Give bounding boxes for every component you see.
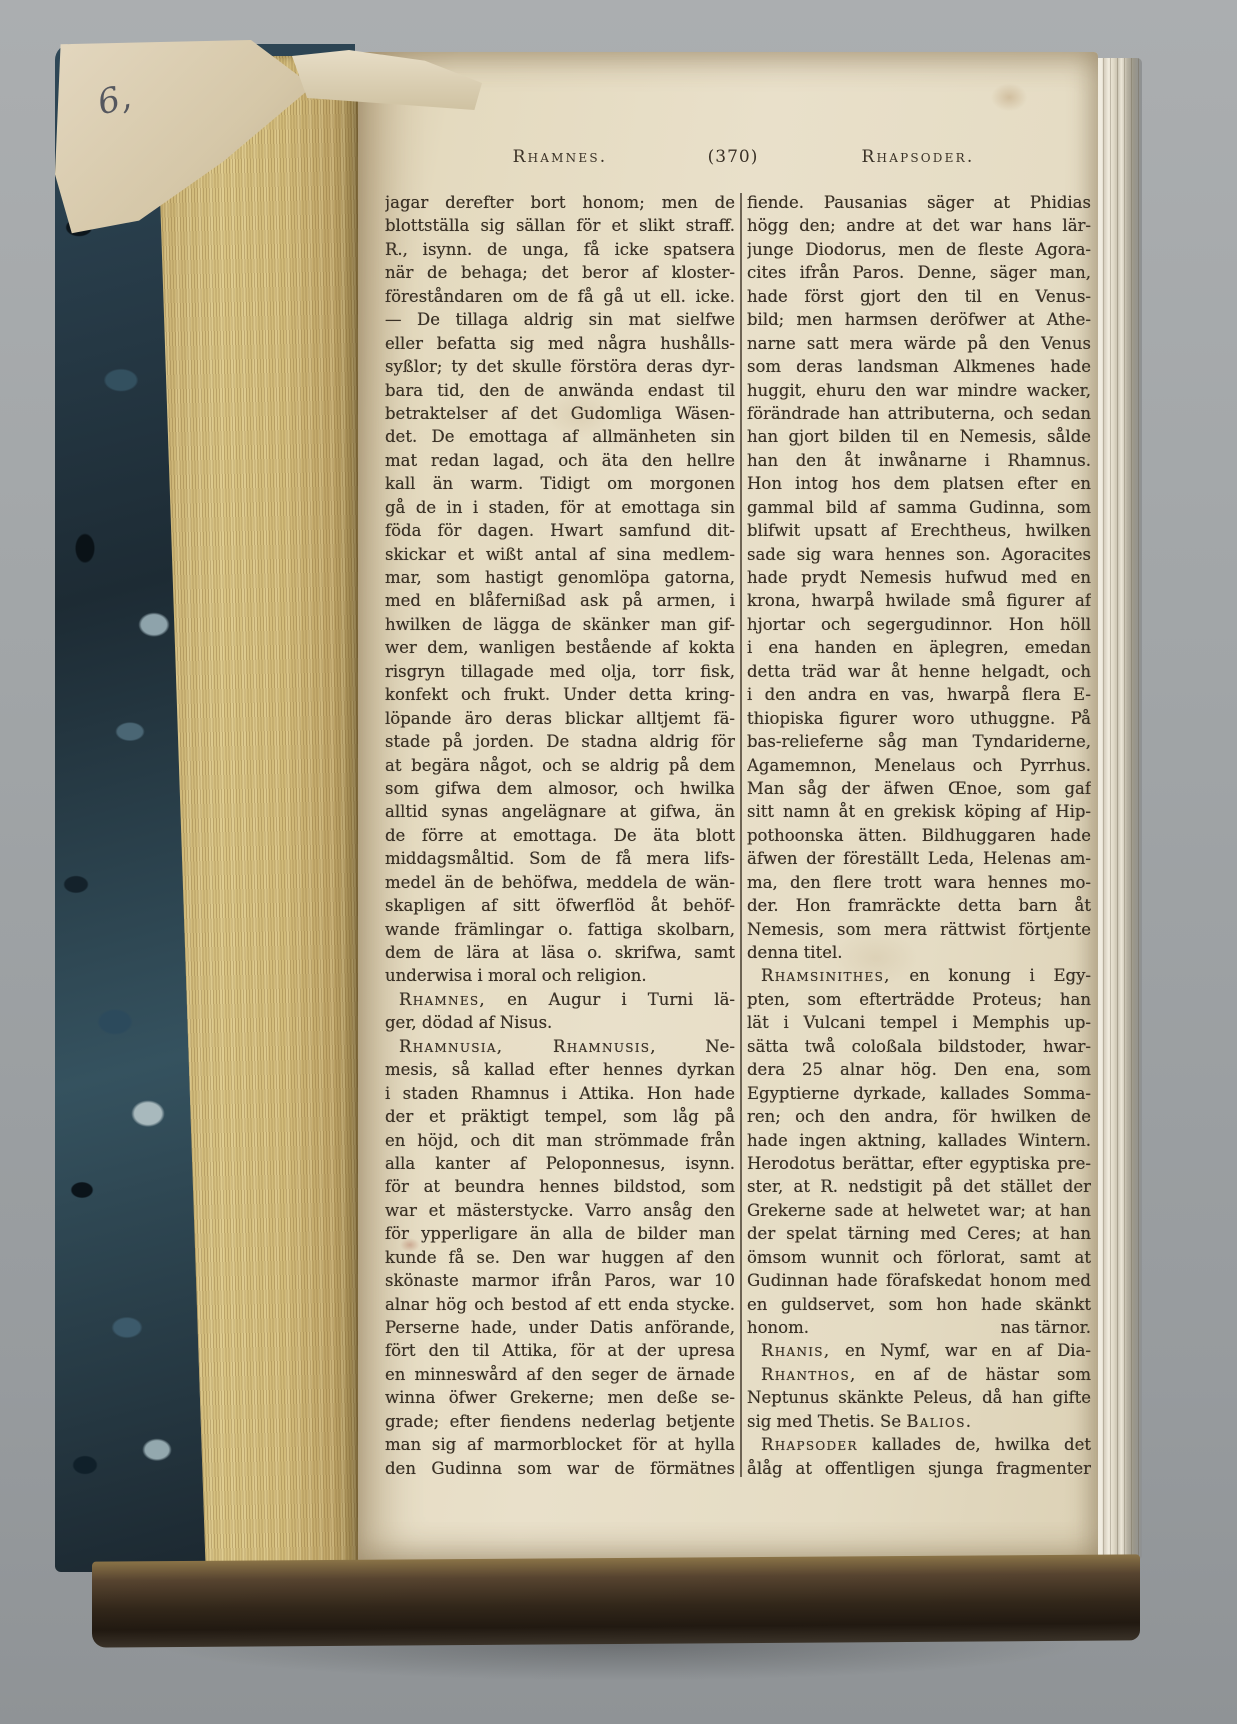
text-line: Agamemnon, Menelaus och Pyrrhus. [747, 754, 1091, 777]
text-line: i den andra en vas, hwarpå flera E- [747, 683, 1091, 706]
text-line: Rhamsinithes, en konung i Egy- [747, 964, 1091, 987]
text-line: det. De emottaga af allmänheten sin [385, 425, 735, 448]
text-line: sätta twå coloßala bildstoder, hwar- [747, 1035, 1091, 1058]
text-line: bara tid, den de anwända endast til [385, 379, 735, 402]
text-line: sade sig wara hennes son. Agoracites [747, 543, 1091, 566]
text-line: han den åt inwånarne i Rhamnus. [747, 449, 1091, 472]
text-line: hade prydt Nemesis hufwud med en [747, 566, 1091, 589]
text-line: ömsom wunnit och förlorat, samt at [747, 1246, 1091, 1269]
text-line: Perserne hade, under Datis anförande, [385, 1316, 735, 1339]
text-line: när de behaga; det beror af kloster- [385, 261, 735, 284]
text-line: bas-relieferne såg man Tyndariderne, [747, 730, 1091, 753]
text-line: der. Hon framräckte detta barn åt [747, 894, 1091, 917]
text-line: underwisa i moral och religion. [385, 964, 735, 987]
text-line: för ypperligare än alla de bilder man [385, 1222, 735, 1245]
text-line: Rhapsoder kallades de, hwilka det [747, 1433, 1091, 1456]
left-text-column: jagar derefter bort honom; men deblottst… [385, 191, 735, 1480]
text-line: ster, at R. nedstigit på det stället der [747, 1175, 1091, 1198]
text-line: middagsmåltid. Som de få mera lifs- [385, 847, 735, 870]
text-line: en höjd, och dit man strömmade från [385, 1129, 735, 1152]
entry-headword: Rhanis, [761, 1341, 830, 1360]
text-line: kunde få se. Den war huggen af den [385, 1246, 735, 1269]
book-page: Rhamnes. (370) Rhapsoder. jagar derefter… [358, 52, 1098, 1562]
text-line: ger, dödad af Nisus. [385, 1011, 735, 1034]
text-line: war et mästerstycke. Varro ansåg den [385, 1199, 735, 1222]
text-line: syßlor; ty det skulle förstöra deras dyr… [385, 355, 735, 378]
entry-headword: Rhanthos, [761, 1365, 857, 1384]
text-line: betraktelser af det Gudomliga Wäsen- [385, 402, 735, 425]
text-line: sig med Thetis. Se Balios. [747, 1410, 1091, 1433]
text-line: Gudinnan hade förafskedat honom med [747, 1269, 1091, 1292]
text-line: wande främlingar o. fattiga skolbarn, [385, 918, 735, 941]
text-line: ma, den flere trott wara hennes mo- [747, 871, 1091, 894]
text-line: skapligen af sitt öfwerflöd åt behöf- [385, 894, 735, 917]
column-divider-rule [740, 193, 742, 1477]
text-line: mar, som hastigt genomlöpa gatorna, [385, 566, 735, 589]
text-line: lät i Vulcani tempel i Memphis up- [747, 1011, 1091, 1034]
text-line: thiopiska figurer woro uthuggne. På [747, 707, 1091, 730]
text-line: Nemesis, som mera rättwist förtjente [747, 918, 1091, 941]
text-line: alltid synas angelägnare at gifwa, än [385, 800, 735, 823]
text-line: pothoonska ätten. Bildhuggaren hade [747, 824, 1091, 847]
text-line: dera 25 alnar hög. Den ena, som [747, 1058, 1091, 1081]
text-line: ålåg at offentligen sjunga fragmenter [747, 1457, 1091, 1480]
text-line: konfekt och frukt. Under detta kring- [385, 683, 735, 706]
text-line: — De tillaga aldrig sin mat sielfwe [385, 308, 735, 331]
text-line: bild; men harmsen deröfwer at Athe- [747, 308, 1091, 331]
text-line: Hon intog hos dem platsen efter en [747, 472, 1091, 495]
text-line: Rhanis, en Nymf, war en af Dia- [747, 1339, 1091, 1362]
text-line: i ena handen en äplegren, emedan [747, 636, 1091, 659]
text-line: gammal bild af samma Gudinna, som [747, 496, 1091, 519]
text-line: i staden Rhamnus i Attika. Hon hade [385, 1082, 735, 1105]
text-line: krona, hwarpå hwilade små figurer af [747, 589, 1091, 612]
text-line: högg den; andre at det war hans lär- [747, 214, 1091, 237]
text-line: gå de in i staden, för at emottaga sin [385, 496, 735, 519]
entry-headword: Rhamnes, [399, 990, 486, 1009]
running-header-left-title: Rhamnes. [385, 147, 735, 167]
text-line: risgryn tillagade med olja, torr fisk, [385, 660, 735, 683]
text-line: eller befatta sig med några hushålls- [385, 332, 735, 355]
right-page-edges [1096, 58, 1142, 1560]
text-line: man sig af marmorblocket för at hylla [385, 1433, 735, 1456]
text-line: mat redan lagad, och äta den hellre [385, 449, 735, 472]
text-line: narne satt mera wärde på den Venus [747, 332, 1091, 355]
text-line: Rhamnusia, Rhamnusis, Ne- [385, 1035, 735, 1058]
text-line: Rhamnes, en Augur i Turni lä- [385, 988, 735, 1011]
running-header-right-title: Rhapsoder. [745, 147, 1091, 167]
text-segment: sig med Thetis. Se [747, 1412, 906, 1431]
printed-text-area: Rhamnes. (370) Rhapsoder. jagar derefter… [385, 147, 1091, 1480]
text-line: Neptunus skänkte Peleus, då han gifte [747, 1386, 1091, 1409]
text-line: at begära något, och se aldrig på dem [385, 754, 735, 777]
text-line: stade på jorden. De stadna aldrig för [385, 730, 735, 753]
text-line: medel än de behöfwa, meddela de wän- [385, 871, 735, 894]
text-line: Egyptierne dyrkade, kallades Somma- [747, 1082, 1091, 1105]
text-line: den Gudinna som war de förmätnes [385, 1457, 735, 1480]
text-line: hade först gjort den til en Venus- [747, 285, 1091, 308]
text-line: dem de lära at läsa o. skrifwa, samt [385, 941, 735, 964]
two-column-text: jagar derefter bort honom; men deblottst… [385, 191, 1091, 1480]
text-line: sitt namn åt en grekisk köping af Hip- [747, 800, 1091, 823]
text-line: alnar hög och bestod af ett enda stycke. [385, 1293, 735, 1316]
text-line: pten, som efterträdde Proteus; han [747, 988, 1091, 1011]
text-line: kall än warm. Tidigt om morgonen [385, 472, 735, 495]
text-line: äfwen der föreställt Leda, Helenas am- [747, 847, 1091, 870]
right-text-column: fiende. Pausanias säger at Phidiashögg d… [747, 191, 1091, 1480]
text-line: hjortar och segergudinnor. Hon höll [747, 613, 1091, 636]
text-line: skönaste marmor ifrån Paros, war 10 [385, 1269, 735, 1292]
turnover-text: nas tärnor. [1001, 1316, 1091, 1339]
text-line: R., isynn. de unga, få icke spatsera [385, 238, 735, 261]
text-line: en guldservet, som hon hade skänkt [747, 1293, 1091, 1316]
text-segment: Ne- [657, 1037, 735, 1056]
text-line: Herodotus berättar, efter egyptiska pre- [747, 1152, 1091, 1175]
entry-headword: Rhapsoder [761, 1435, 858, 1454]
text-line: jagar derefter bort honom; men de [385, 191, 735, 214]
text-line: denna titel. [747, 941, 1091, 964]
text-line: cites ifrån Paros. Denne, säger man, [747, 261, 1091, 284]
text-line: fört den til Attika, för at der upresa [385, 1339, 735, 1362]
text-line: detta träd war åt henne helgadt, och [747, 660, 1091, 683]
text-line: alla kanter af Peloponnesus, isynn. [385, 1152, 735, 1175]
text-line: föreståndaren om de få gå ut ell. icke. [385, 285, 735, 308]
text-line: han gjort bilden til en Nemesis, sålde [747, 425, 1091, 448]
text-line: huggit, ehuru den war mindre wacker, [747, 379, 1091, 402]
text-line: blifwit upsatt af Erechtheus, hwilken [747, 519, 1091, 542]
text-line: förändrade han attributerna, och sedan [747, 402, 1091, 425]
text-line: ren; och den andra, för hwilken de [747, 1105, 1091, 1128]
text-line: hade ingen aktning, kallades Wintern. [747, 1129, 1091, 1152]
text-line: der et präktigt tempel, som låg på [385, 1105, 735, 1128]
text-line: Grekerne sade at helwetet war; at han [747, 1199, 1091, 1222]
small-caps-reference: Rhamnusia, Rhamnusis, [399, 1037, 657, 1056]
text-line: de förre at emottaga. De äta blott [385, 824, 735, 847]
text-line: Rhanthos, en af de hästar som [747, 1363, 1091, 1386]
running-header: Rhamnes. (370) Rhapsoder. [385, 147, 1091, 175]
text-line: blottställa sig sällan för et slikt stra… [385, 214, 735, 237]
scanned-book-photo: 6, Rhamnes. (370) Rhapsoder. jagar deref… [0, 0, 1237, 1724]
text-line: föda för dagen. Hwart samfund dit- [385, 519, 735, 542]
text-line: winna öfwer Grekerne; men deße se- [385, 1386, 735, 1409]
entry-headword: Rhamsinithes, [761, 966, 891, 985]
text-line: mesis, så kallad efter hennes dyrkan [385, 1058, 735, 1081]
text-line: som gifwa dem almosor, och hwilka [385, 777, 735, 800]
text-line: skickar et wißt antal af sina medlem- [385, 543, 735, 566]
text-line: Man såg der äfwen Œnoe, som gaf [747, 777, 1091, 800]
text-line: löpande äro deras blickar alltjemt fä- [385, 707, 735, 730]
text-line: fiende. Pausanias säger at Phidias [747, 191, 1091, 214]
text-line: med en blåfernißad ask på armen, i [385, 589, 735, 612]
text-line: grade; efter fiendens nederlag betjente [385, 1410, 735, 1433]
text-line: för at beundra hennes bildstod, som [385, 1175, 735, 1198]
text-line: nas tärnor.honom. [747, 1316, 1091, 1339]
text-line: en minneswård af den seger de ärnade [385, 1363, 735, 1386]
text-line: wer dem, wanligen bestående af kokta [385, 636, 735, 659]
book-bottom-edge [92, 1554, 1140, 1647]
text-line: der spelat tärning med Ceres; at han [747, 1222, 1091, 1245]
text-line: junge Diodorus, men de fleste Agora- [747, 238, 1091, 261]
small-caps-reference: Balios. [906, 1412, 972, 1431]
text-line: som deras landsman Alkmenes hade [747, 355, 1091, 378]
text-line: hwilken de lägga de skänker man gif- [385, 613, 735, 636]
